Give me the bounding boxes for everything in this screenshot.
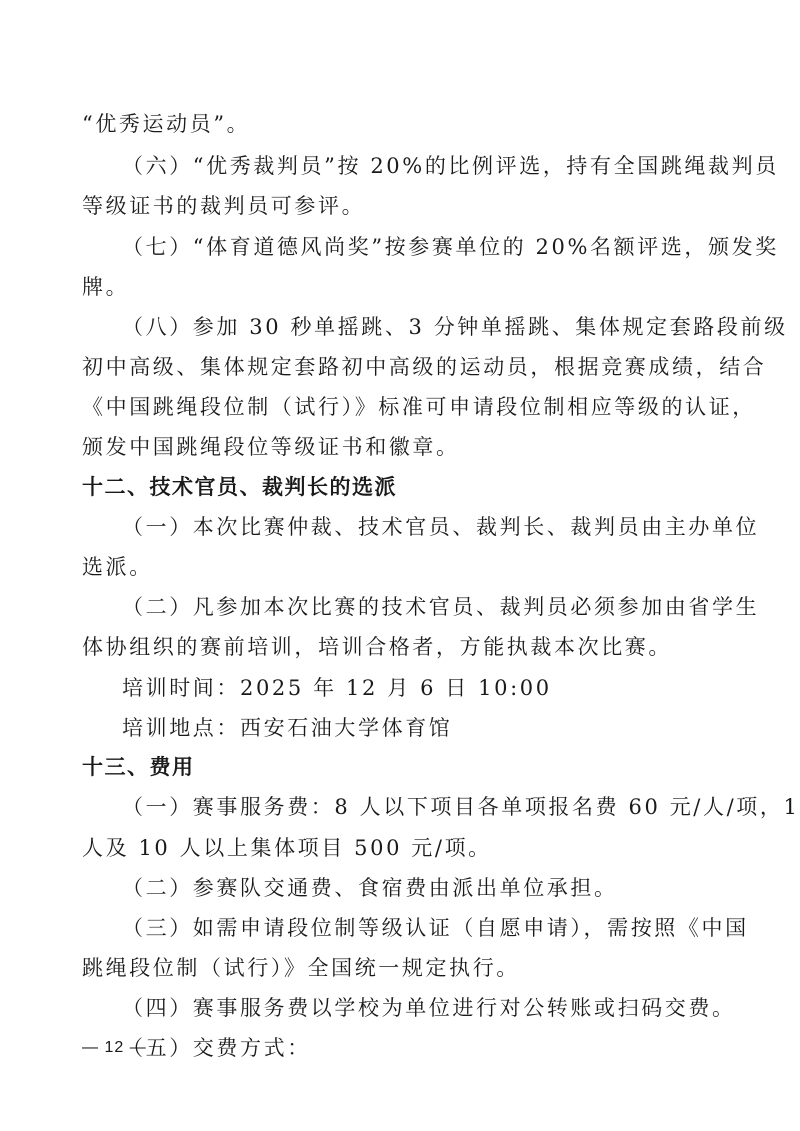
paragraph-line: 体协组织的赛前培训，培训合格者，方能执裁本次比赛。	[82, 633, 672, 661]
paragraph-line: 《中国跳绳段位制（试行）》标准可申请段位制相应等级的认证，	[82, 393, 756, 421]
paragraph-line: （二）凡参加本次比赛的技术官员、裁判员必须参加由省学生	[122, 593, 759, 621]
paragraph-line: 颁发中国跳绳段位等级证书和徽章。	[82, 433, 460, 461]
paragraph-line: 跳绳段位制（试行）》全国统一规定执行。	[82, 954, 520, 982]
paragraph-line: 等级证书的裁判员可参评。	[82, 192, 365, 220]
paragraph-line: （六）“优秀裁判员”按 20%的比例评选，持有全国跳绳裁判员	[122, 152, 779, 180]
paragraph-line: 选派。	[82, 553, 153, 581]
paragraph-line: （八）参加 30 秒单摇跳、3 分钟单摇跳、集体规定套路段前级	[122, 313, 788, 341]
paragraph-line: （一）本次比赛仲裁、技术官员、裁判长、裁判员由主办单位	[122, 513, 759, 541]
page-number: — 12 —	[82, 1039, 147, 1057]
paragraph-line: （七）“体育道德风尚奖”按参赛单位的 20%名额评选，颁发奖	[122, 233, 779, 261]
paragraph-line: 培训时间：2025 年 12 月 6 日 10:00	[122, 674, 552, 702]
paragraph-line: （一）赛事服务费：8 人以下项目各单项报名费 60 元/人/项，10	[122, 793, 800, 821]
paragraph-line: （三）如需申请段位制等级认证（自愿申请），需按照《中国	[122, 914, 749, 942]
section-heading: 十二、技术官员、裁判长的选派	[82, 473, 397, 501]
paragraph-line: 牌。	[82, 273, 129, 301]
paragraph-line: 初中高级、集体规定套路初中高级的运动员，根据竞赛成绩，结合	[82, 353, 766, 381]
paragraph-line: 培训地点：西安石油大学体育馆	[122, 714, 452, 742]
section-heading: 十三、费用	[82, 753, 195, 781]
paragraph-line: （二）参赛队交通费、食宿费由派出单位承担。	[122, 874, 618, 902]
document-page: “优秀运动员”。（六）“优秀裁判员”按 20%的比例评选，持有全国跳绳裁判员等级…	[0, 0, 800, 1131]
paragraph-line: “优秀运动员”。	[82, 110, 250, 138]
paragraph-line: （四）赛事服务费以学校为单位进行对公转账或扫码交费。	[122, 994, 736, 1022]
paragraph-line: （五）交费方式：	[122, 1034, 311, 1062]
paragraph-line: 人及 10 人以上集体项目 500 元/项。	[82, 834, 492, 862]
